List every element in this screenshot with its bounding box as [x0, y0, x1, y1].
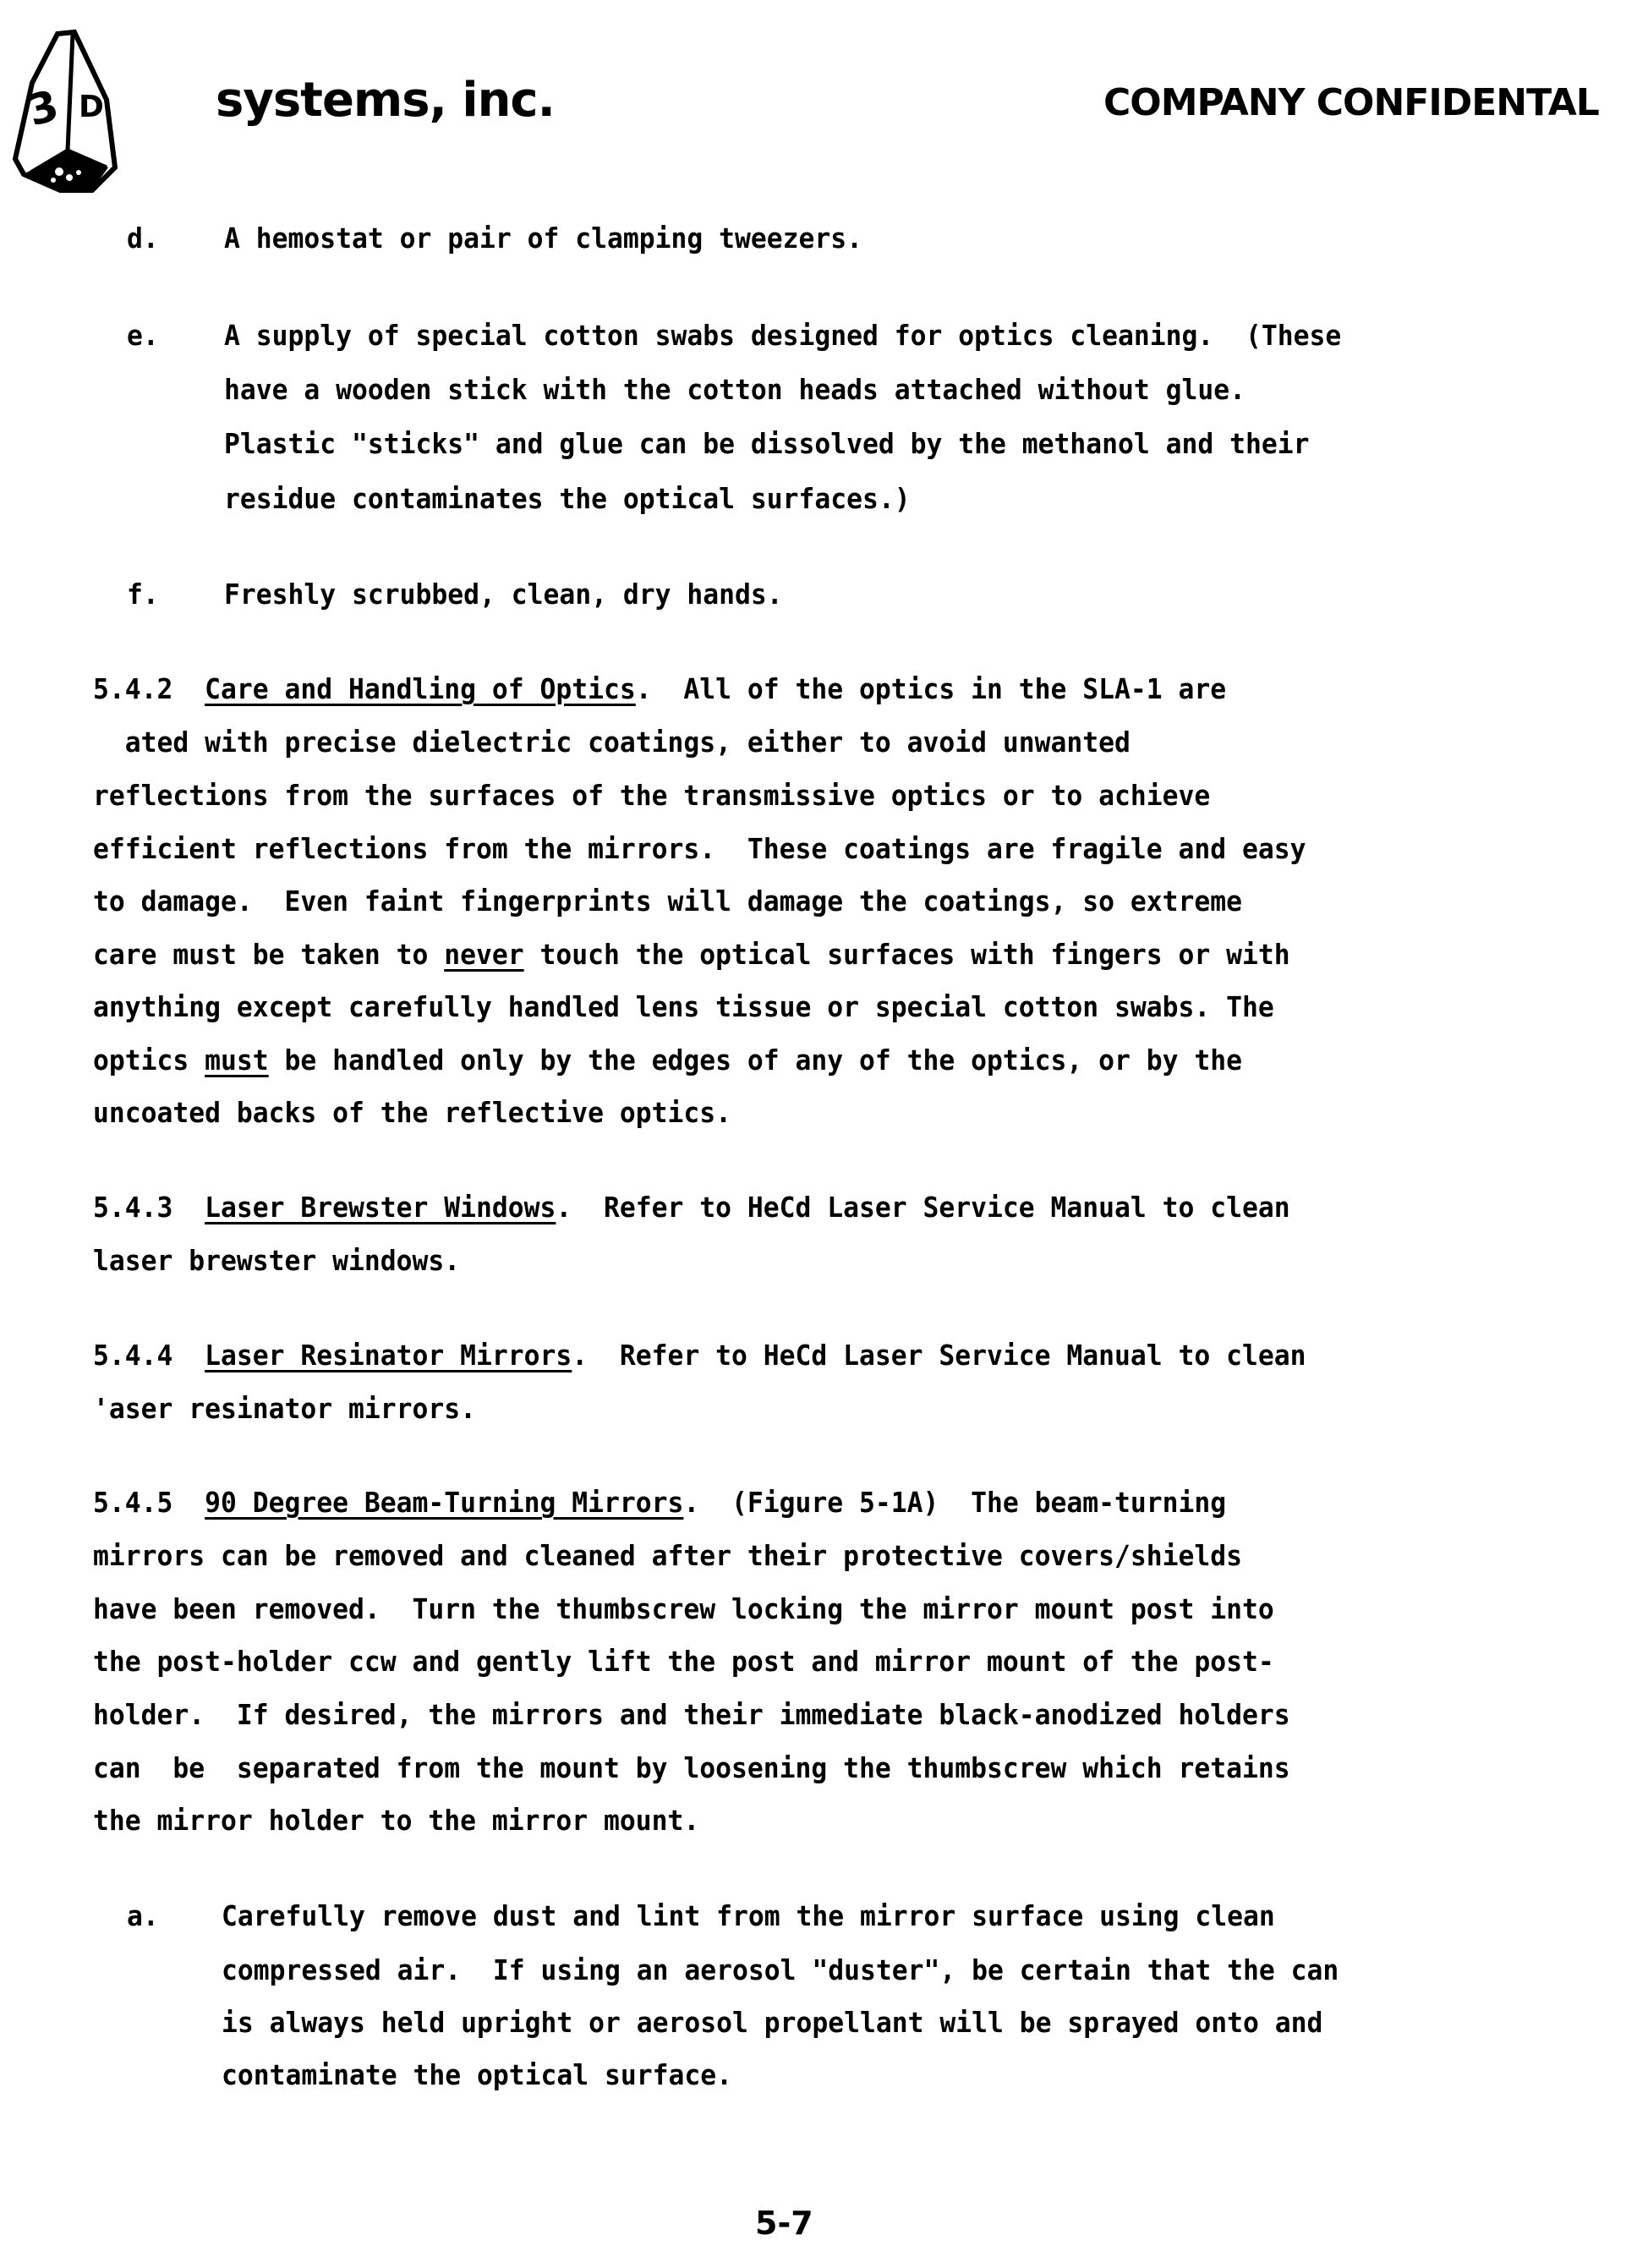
list-item-a-line: compressed air. If using an aerosol "dus…: [222, 1953, 1339, 1987]
svg-text:D: D: [79, 90, 104, 124]
list-marker-a: a.: [127, 1899, 159, 1933]
list-item-a-line: is always held upright or aerosol propel…: [222, 2006, 1322, 2040]
section-5-4-3-heading: 5.4.3 Laser Brewster Windows. Refer to H…: [93, 1191, 1290, 1224]
section-number: 5.4.4: [93, 1339, 172, 1372]
emphasis-never: never: [444, 938, 523, 971]
list-item-e-line: Plastic "sticks" and glue can be dissolv…: [224, 427, 1309, 461]
text-run: touch the optical surfaces with fingers …: [524, 938, 1290, 971]
section-line-emphasis: optics must be handled only by the edges…: [93, 1044, 1242, 1077]
section-line-emphasis: care must be taken to never touch the op…: [93, 938, 1290, 972]
text-run: be handled only by the edges of any of t…: [269, 1044, 1242, 1076]
text-run: optics: [93, 1044, 205, 1076]
section-5-4-5-heading: 5.4.5 90 Degree Beam-Turning Mirrors. (F…: [93, 1486, 1226, 1520]
section-title: Laser Brewster Windows: [205, 1191, 556, 1224]
list-item-a-line: Carefully remove dust and lint from the …: [222, 1899, 1275, 1933]
list-item-a-line: contaminate the optical surface.: [222, 2058, 732, 2092]
section-line: reflections from the surfaces of the tra…: [93, 779, 1210, 813]
section-first-line-text: . (Figure 5-1A) The beam-turning: [683, 1486, 1226, 1519]
section-first-line-text: . Refer to HeCd Laser Service Manual to …: [572, 1339, 1306, 1372]
section-first-line-text: . Refer to HeCd Laser Service Manual to …: [556, 1191, 1289, 1224]
company-name: systems, inc.: [216, 73, 555, 128]
section-title: 90 Degree Beam-Turning Mirrors: [205, 1486, 683, 1519]
list-marker-d: d.: [127, 222, 159, 255]
list-item-d-text: A hemostat or pair of clamping tweezers.: [224, 222, 862, 255]
emphasis-must: must: [205, 1044, 269, 1076]
section-number: 5.4.5: [93, 1486, 172, 1519]
list-marker-f: f.: [127, 578, 159, 611]
section-5-4-4-heading: 5.4.4 Laser Resinator Mirrors. Refer to …: [93, 1339, 1306, 1372]
list-item-e-line: A supply of special cotton swabs designe…: [224, 319, 1341, 353]
section-line: to damage. Even faint fingerprints will …: [93, 885, 1242, 918]
list-item-f-text: Freshly scrubbed, clean, dry hands.: [224, 578, 783, 611]
company-logo-icon: 3 D: [7, 24, 125, 193]
list-item-e-line: residue contaminates the optical surface…: [224, 482, 911, 516]
section-line: the mirror holder to the mirror mount.: [93, 1804, 699, 1838]
page-number: 5-7: [755, 2205, 813, 2242]
section-line: have been removed. Turn the thumbscrew l…: [93, 1592, 1274, 1626]
section-line: ated with precise dielectric coatings, e…: [93, 726, 1131, 759]
section-line: anything except carefully handled lens t…: [93, 990, 1274, 1024]
section-line: uncoated backs of the reflective optics.: [93, 1096, 731, 1130]
section-line: the post-holder ccw and gently lift the …: [93, 1645, 1274, 1679]
list-item-e-line: have a wooden stick with the cotton head…: [224, 373, 1246, 407]
section-title: Care and Handling of Optics: [205, 672, 636, 705]
confidential-label: COMPANY CONFIDENTAL: [1103, 81, 1599, 124]
section-first-line-text: . All of the optics in the SLA-1 are: [636, 672, 1226, 705]
section-line: can be separated from the mount by loose…: [93, 1751, 1290, 1785]
list-marker-e: e.: [127, 319, 159, 353]
section-line: laser brewster windows.: [93, 1244, 460, 1278]
text-run: care must be taken to: [93, 938, 444, 971]
section-line: efficient reflections from the mirrors. …: [93, 832, 1306, 866]
section-number: 5.4.3: [93, 1191, 172, 1224]
section-line: holder. If desired, the mirrors and thei…: [93, 1698, 1290, 1732]
section-5-4-2-heading: 5.4.2 Care and Handling of Optics. All o…: [93, 672, 1226, 706]
section-number: 5.4.2: [93, 672, 172, 705]
section-title: Laser Resinator Mirrors: [205, 1339, 572, 1372]
section-line: 'aser resinator mirrors.: [93, 1392, 476, 1426]
section-line: mirrors can be removed and cleaned after…: [93, 1539, 1242, 1573]
